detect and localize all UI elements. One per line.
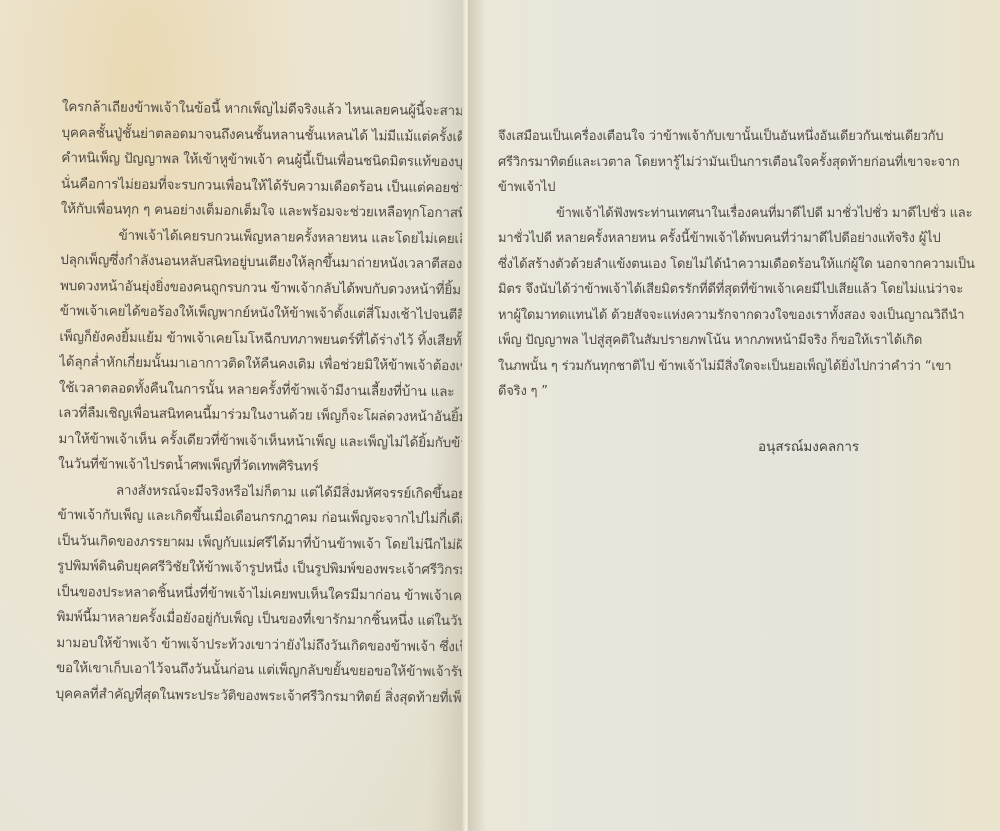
text-line: ในภพนั้น ๆ ร่วมกันทุกชาติไป ข้าพเจ้าไม่ม… <box>498 354 988 380</box>
text-line: ให้กับเพื่อนทุก ๆ คนอย่างเต็มอกเต็มใจ แล… <box>61 197 468 227</box>
text-line: เลวที่ลืมเชิญเพื่อนสนิทคนนี้มาร่วมในงานด… <box>59 401 468 431</box>
left-page: ใครกล้าเถียงข้าพเจ้าในข้อนี้ หากเพ็ญไม่ด… <box>0 0 468 831</box>
text-line: ศรีวิกรมาทิตย์และเวตาล โดยหารู้ไม่ว่ามัน… <box>498 150 988 176</box>
left-page-text: ใครกล้าเถียงข้าพเจ้าในข้อนี้ หากเพ็ญไม่ด… <box>56 95 468 711</box>
text-line: ได้ลุกล่ำหักเกี่ยมนั้นมาเอากาวติดให้คืนค… <box>59 350 468 380</box>
text-line: หาผู้ใดมาทดแทนได้ ด้วยสัจจะแห่งความรักจา… <box>498 303 988 329</box>
text-line: คำหนิเพ็ญ ปัญญาพล ให้เข้าหูข้าพเจ้า คนผู… <box>61 146 468 176</box>
text-line: ปลุกเพ็ญซึ่งกำลังนอนหลับสนิทอยู่บนเตียงใ… <box>60 248 468 278</box>
text-line: เพ็ญ ปัญญาพล ไปสู่สุคติในสัมปรายภพโน้น ห… <box>498 328 988 354</box>
text-line: ข้าพเจ้าไป <box>498 175 988 201</box>
text-line: ในวันที่ข้าพเจ้าไปรดน้ำศพเพ็ญที่วัดเทพศิ… <box>58 452 468 482</box>
text-line: ข้าพเจ้าเคยได้ขอร้องให้เพ็ญพากย์หนังให้ข… <box>60 299 468 329</box>
right-page: จึงเสมือนเป็นเครื่องเตือนใจ ว่าข้าพเจ้าก… <box>468 0 1000 831</box>
text-line: มิตร จึงนับได้ว่าข้าพเจ้าได้เสียมิตรรักท… <box>498 277 988 303</box>
text-line: ใครกล้าเถียงข้าพเจ้าในข้อนี้ หากเพ็ญไม่ด… <box>62 95 468 125</box>
text-line: จึงเสมือนเป็นเครื่องเตือนใจ ว่าข้าพเจ้าก… <box>498 124 988 150</box>
text-line: ขอให้เขาเก็บเอาไว้จนถึงวันนั้นก่อน แต่เพ… <box>56 656 468 686</box>
text-line: ซึ่งได้สร้างตัวด้วยลำแข้งตนเอง โดยไม่ได้… <box>498 252 988 278</box>
text-line: พิมพ์นี้มาหลายครั้งเมื่อยังอยู่กับเพ็ญ เ… <box>56 605 468 635</box>
text-line: รูปพิมพ์ดินดิบยุคศรีวิชัยให้ข้าพเจ้ารูปห… <box>57 554 468 584</box>
paragraph-start-line: ข้าพเจ้าได้ฟังพระท่านเทศนาในเรื่องคนที่ม… <box>498 201 988 227</box>
right-page-text: จึงเสมือนเป็นเครื่องเตือนใจ ว่าข้าพเจ้าก… <box>498 124 988 405</box>
text-line: ดีจริง ๆ ” <box>498 379 988 405</box>
author-signature: อนุสรณ์มงคลการ <box>758 435 859 457</box>
text-line: มาชั่วไปดี หลายครั้งหลายหน ครั้งนี้ข้าพเ… <box>498 226 988 252</box>
text-line: ข้าพเจ้ากับเพ็ญ และเกิดขึ้นเมื่อเดือนกรก… <box>57 503 468 533</box>
text-line: บุคคลที่สำคัญที่สุดในพระประวัติของพระเจ้… <box>56 681 468 711</box>
